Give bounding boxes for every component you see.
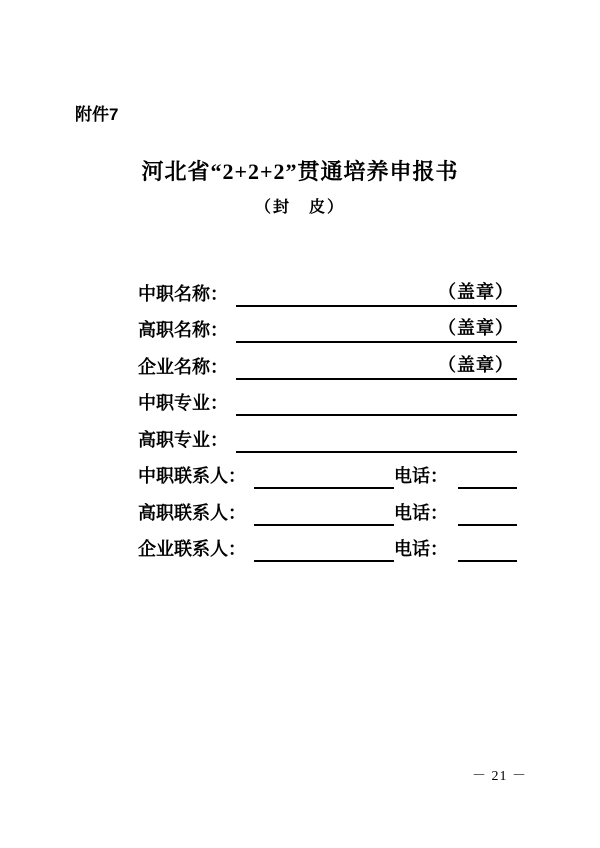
form-row-gaozhi-name: 高职名称： （盖章） [138, 307, 517, 344]
page-title: 河北省“2+2+2”贯通培养申报书 [0, 158, 600, 186]
fill-in-line: （盖章） [236, 315, 517, 343]
form-row-qiye-contact: 企业联系人： 电话： [138, 526, 517, 563]
phone-label: 电话： [394, 536, 448, 562]
phone-label: 电话： [394, 463, 448, 489]
field-label: 高职名称： [138, 317, 228, 343]
field-label: 企业联系人： [138, 536, 246, 562]
field-label: 高职联系人： [138, 500, 246, 526]
field-label: 高职专业： [138, 427, 228, 453]
field-label: 企业名称： [138, 354, 228, 380]
fill-in-line [254, 461, 394, 489]
fill-in-line [236, 388, 517, 416]
seal-note: （盖章） [236, 315, 517, 341]
fill-in-line: （盖章） [236, 352, 517, 380]
seal-note: （盖章） [236, 279, 517, 305]
form-row-gaozhi-major: 高职专业： [138, 416, 517, 453]
phone-label: 电话： [394, 500, 448, 526]
fill-in-line [458, 534, 517, 562]
form-row-zhongzhi-name: 中职名称： （盖章） [138, 270, 517, 307]
seal-note: （盖章） [236, 352, 517, 378]
fill-in-line [458, 461, 517, 489]
fill-in-line [236, 425, 517, 453]
fill-in-line: （盖章） [236, 279, 517, 307]
fill-in-line [254, 534, 394, 562]
fill-in-line [458, 498, 517, 526]
page-number: － 21 － [472, 768, 527, 786]
attachment-label: 附件7 [75, 104, 118, 125]
field-label: 中职名称： [138, 281, 228, 307]
form-row-gaozhi-contact: 高职联系人： 电话： [138, 489, 517, 526]
form-row-qiye-name: 企业名称： （盖章） [138, 343, 517, 380]
form-row-zhongzhi-contact: 中职联系人： 电话： [138, 453, 517, 490]
fill-in-line [254, 498, 394, 526]
page-subtitle: （封 皮） [0, 197, 600, 218]
field-label: 中职专业： [138, 390, 228, 416]
document-page: 附件7 河北省“2+2+2”贯通培养申报书 （封 皮） 中职名称： （盖章） 高… [0, 0, 600, 848]
field-label: 中职联系人： [138, 463, 246, 489]
form-row-zhongzhi-major: 中职专业： [138, 380, 517, 417]
application-cover-form: 中职名称： （盖章） 高职名称： （盖章） 企业名称： （盖章） 中职专业： 高… [138, 270, 517, 562]
